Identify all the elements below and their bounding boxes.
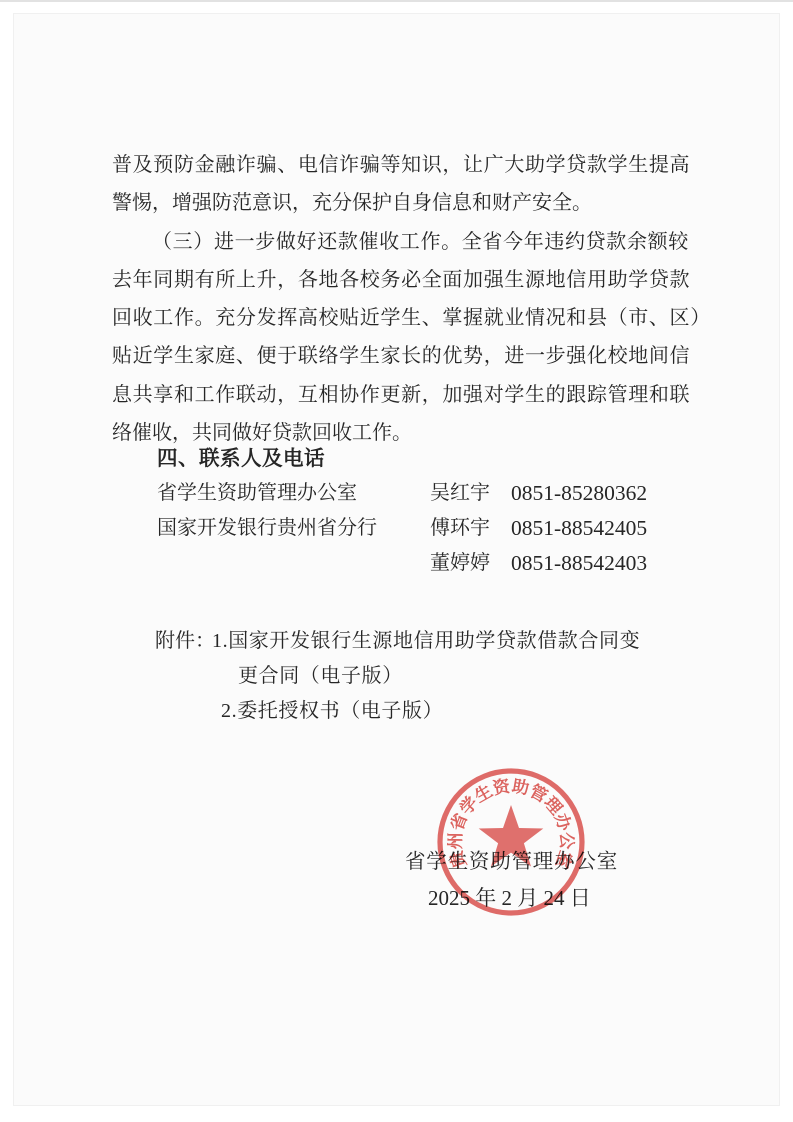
contact-name: 吴红宇: [430, 479, 490, 507]
section-heading: 四、联系人及电话: [157, 441, 325, 471]
signature-date: 2025 年 2 月 24 日: [428, 882, 591, 912]
body-line: （三）进一步做好还款催收工作。全省今年违约贷款余额较: [112, 223, 707, 261]
attachment-line: 更合同（电子版）: [238, 659, 403, 688]
attachment-line: 1.国家开发银行生源地信用助学贷款借款合同变: [212, 624, 640, 653]
body-line: 回收工作。充分发挥高校贴近学生、掌握就业情况和县（市、区）: [112, 299, 707, 337]
contact-phone: 0851-88542405: [511, 514, 647, 542]
body-line: 普及预防金融诈骗、电信诈骗等知识，让广大助学贷款学生提高: [112, 146, 707, 184]
attachment-label: 附件：: [155, 624, 215, 653]
body-line: 息共享和工作联动，互相协作更新，加强对学生的跟踪管理和联: [112, 376, 707, 414]
signature-org: 省学生资助管理办公室: [405, 844, 618, 874]
contact-name: 董婷婷: [430, 549, 490, 577]
body-line: 去年同期有所上升，各地各校务必全面加强生源地信用助学贷款: [112, 261, 707, 299]
contact-row: 国家开发银行贵州省分行 傅环宇 0851-88542405: [0, 514, 793, 542]
contact-row: 省学生资助管理办公室 吴红宇 0851-85280362: [0, 479, 793, 507]
contact-name: 傅环宇: [430, 514, 490, 542]
contact-phone: 0851-85280362: [511, 479, 647, 507]
body-text-block: 普及预防金融诈骗、电信诈骗等知识，让广大助学贷款学生提高 警惕，增强防范意识，充…: [112, 146, 707, 452]
page-top-edge: [0, 0, 793, 2]
contact-row: 董婷婷 0851-88542403: [0, 549, 793, 577]
attachment-line: 2.委托授权书（电子版）: [221, 694, 443, 723]
contact-phone: 0851-88542403: [511, 549, 647, 577]
document-page: 普及预防金融诈骗、电信诈骗等知识，让广大助学贷款学生提高 警惕，增强防范意识，充…: [0, 0, 793, 1122]
contact-org: 省学生资助管理办公室: [157, 479, 357, 507]
body-line: 警惕，增强防范意识，充分保护自身信息和财产安全。: [112, 184, 707, 222]
body-line: 贴近学生家庭、便于联络学生家长的优势，进一步强化校地间信: [112, 337, 707, 375]
contact-org: 国家开发银行贵州省分行: [157, 514, 377, 542]
